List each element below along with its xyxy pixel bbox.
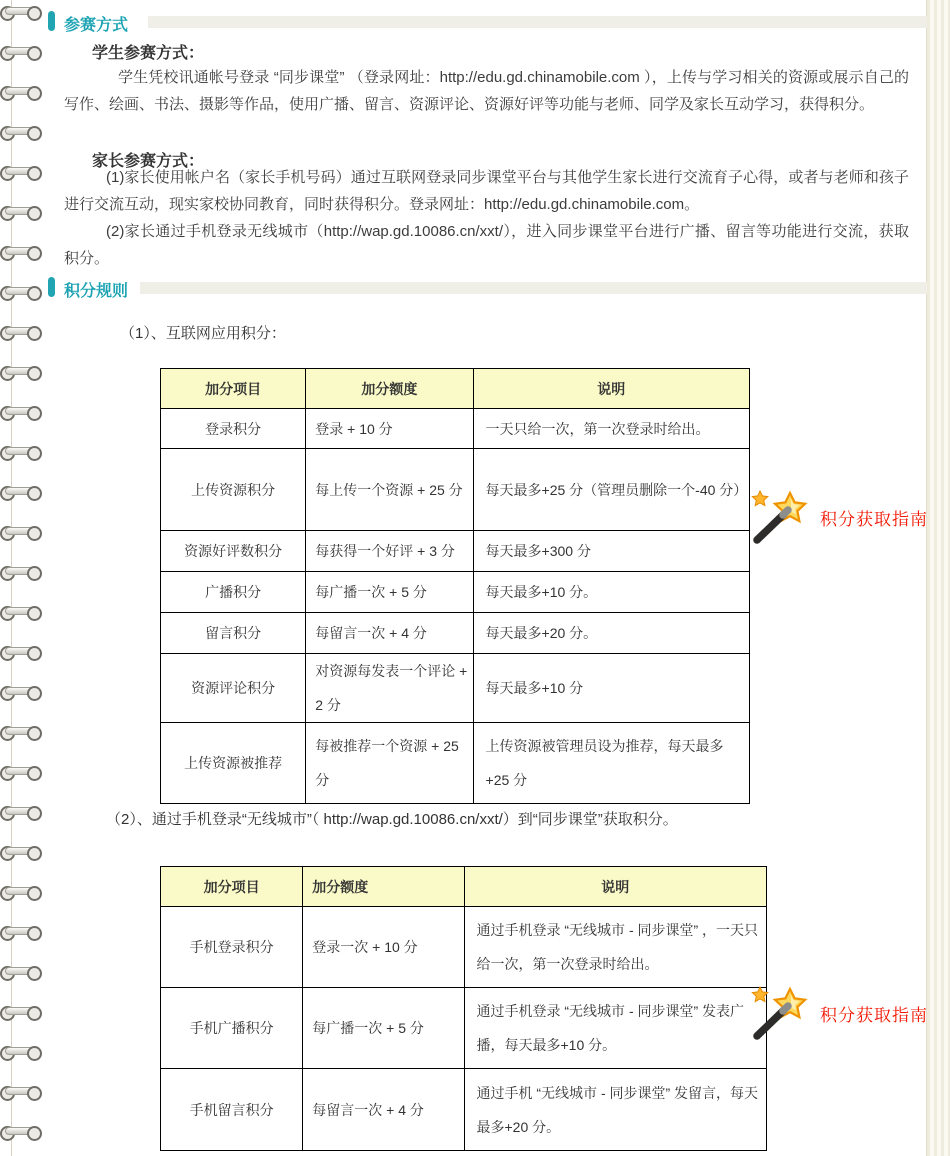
points-table-mobile: 加分项目 加分额度 说明 手机登录积分 登录一次 + 10 分 通过手机登录 “… <box>160 866 767 1151</box>
section-accent-bar <box>48 11 55 31</box>
table-cell: 一天只给一次，第一次登录时给出。 <box>473 409 749 449</box>
table-cell: 留言积分 <box>161 613 306 654</box>
binder-ring <box>1 686 41 696</box>
page: 参赛方式 学生参赛方式： 学生凭校讯通帐号登录 “同步课堂” （登录网址：htt… <box>0 0 950 1156</box>
table-row: 上传资源被推荐 每被推荐一个资源 + 25 分 上传资源被管理员设为推荐，每天最… <box>161 723 750 804</box>
binder-ring <box>1 46 41 56</box>
table-cell: 资源评论积分 <box>161 654 306 723</box>
spiral-binding <box>0 0 46 1156</box>
table-cell: 资源好评数积分 <box>161 531 306 572</box>
column-header: 加分项目 <box>161 867 303 907</box>
table-cell: 每被推荐一个资源 + 25 分 <box>306 723 473 804</box>
section-title-points-rules: 积分规则 <box>64 278 128 301</box>
column-header: 说明 <box>473 369 749 409</box>
table-row: 资源评论积分 对资源每发表一个评论 + 2 分 每天最多+10 分 <box>161 654 750 723</box>
table-cell: 每天最多+10 分 <box>473 654 749 723</box>
binder-ring <box>1 886 41 896</box>
binder-ring <box>1 366 41 376</box>
binder-ring <box>1 6 41 16</box>
binder-ring <box>1 646 41 656</box>
binder-ring <box>1 86 41 96</box>
table-cell: 每留言一次 + 4 分 <box>306 613 473 654</box>
binder-ring <box>1 806 41 816</box>
table-row: 留言积分 每留言一次 + 4 分 每天最多+20 分。 <box>161 613 750 654</box>
section-title-participation: 参赛方式 <box>64 12 128 35</box>
table-header-row: 加分项目 加分额度 说明 <box>161 369 750 409</box>
guide-label: 积分获取指南 <box>820 505 928 530</box>
binder-ring <box>1 246 41 256</box>
column-header: 说明 <box>464 867 767 907</box>
subsection-1-title: （1）、互联网应用积分： <box>120 322 286 343</box>
section-header-strip <box>140 282 927 294</box>
table-row: 资源好评数积分 每获得一个好评 + 3 分 每天最多+300 分 <box>161 531 750 572</box>
table-cell: 每天最多+20 分。 <box>473 613 749 654</box>
binder-ring <box>1 446 41 456</box>
table-row: 登录积分 登录 + 10 分 一天只给一次，第一次登录时给出。 <box>161 409 750 449</box>
table-row: 上传资源积分 每上传一个资源 + 25 分 每天最多+25 分（管理员删除一个-… <box>161 449 750 531</box>
table-cell: 每上传一个资源 + 25 分 <box>306 449 473 531</box>
parent-method-item-2: (2)家长通过手机登录无线城市（http://wap.gd.10086.cn/x… <box>64 218 909 272</box>
table-cell: 登录一次 + 10 分 <box>303 907 464 988</box>
magic-wand-icon <box>750 986 808 1040</box>
binder-ring <box>1 766 41 776</box>
table-cell: 每广播一次 + 5 分 <box>303 988 464 1069</box>
binder-ring <box>1 326 41 336</box>
points-table-internet: 加分项目 加分额度 说明 登录积分 登录 + 10 分 一天只给一次，第一次登录… <box>160 368 750 804</box>
binder-ring <box>1 726 41 736</box>
section-accent-bar <box>48 277 55 297</box>
binder-ring <box>1 126 41 136</box>
table-cell: 广播积分 <box>161 572 306 613</box>
table-cell: 手机广播积分 <box>161 988 303 1069</box>
magic-wand-icon <box>750 490 808 544</box>
table-cell: 手机登录积分 <box>161 907 303 988</box>
subsection-2-title: （2）、通过手机登录“无线城市”（ http://wap.gd.10086.cn… <box>106 808 866 829</box>
binder-ring <box>1 286 41 296</box>
binder-ring <box>1 606 41 616</box>
table-cell: 每获得一个好评 + 3 分 <box>306 531 473 572</box>
binder-ring <box>1 1086 41 1096</box>
points-guide-link[interactable]: 积分获取指南 <box>750 490 928 544</box>
table-cell: 上传资源被推荐 <box>161 723 306 804</box>
table-cell: 每广播一次 + 5 分 <box>306 572 473 613</box>
table-row: 手机广播积分 每广播一次 + 5 分 通过手机登录 “无线城市 - 同步课堂” … <box>161 988 767 1069</box>
binder-ring <box>1 486 41 496</box>
parent-method-item-1: (1)家长使用帐户名（家长手机号码）通过互联网登录同步课堂平台与其他学生家长进行… <box>64 164 909 218</box>
binder-ring <box>1 406 41 416</box>
binder-ring <box>1 1126 41 1136</box>
table-cell: 登录积分 <box>161 409 306 449</box>
points-guide-link[interactable]: 积分获取指南 <box>750 986 928 1040</box>
column-header: 加分额度 <box>306 369 473 409</box>
binder-ring <box>1 166 41 176</box>
table-cell: 通过手机登录 “无线城市 - 同步课堂” ，一天只给一次，第一次登录时给出。 <box>464 907 767 988</box>
binder-ring <box>1 926 41 936</box>
column-header: 加分额度 <box>303 867 464 907</box>
table-cell: 手机留言积分 <box>161 1069 303 1151</box>
page-right-paper-edge <box>926 0 950 1156</box>
table-cell: 对资源每发表一个评论 + 2 分 <box>306 654 473 723</box>
table-cell: 登录 + 10 分 <box>306 409 473 449</box>
column-header: 加分项目 <box>161 369 306 409</box>
section-header-strip <box>148 16 927 28</box>
table-cell: 每天最多+10 分。 <box>473 572 749 613</box>
table-row: 广播积分 每广播一次 + 5 分 每天最多+10 分。 <box>161 572 750 613</box>
binder-ring <box>1 846 41 856</box>
binder-ring <box>1 566 41 576</box>
table-cell: 每天最多+25 分（管理员删除一个-40 分） <box>473 449 749 531</box>
table-cell: 上传资源被管理员设为推荐，每天最多+25 分 <box>473 723 749 804</box>
student-method-heading: 学生参赛方式： <box>92 40 204 63</box>
binder-ring <box>1 206 41 216</box>
table-cell: 上传资源积分 <box>161 449 306 531</box>
binder-ring <box>1 966 41 976</box>
table-row: 手机留言积分 每留言一次 + 4 分 通过手机 “无线城市 - 同步课堂” 发留… <box>161 1069 767 1151</box>
table-cell: 通过手机 “无线城市 - 同步课堂” 发留言，每天最多+20 分。 <box>464 1069 767 1151</box>
table-cell: 通过手机登录 “无线城市 - 同步课堂” 发表广播，每天最多+10 分。 <box>464 988 767 1069</box>
table-cell: 每留言一次 + 4 分 <box>303 1069 464 1151</box>
table-cell: 每天最多+300 分 <box>473 531 749 572</box>
guide-label: 积分获取指南 <box>820 1001 928 1026</box>
binder-ring <box>1 526 41 536</box>
table-row: 手机登录积分 登录一次 + 10 分 通过手机登录 “无线城市 - 同步课堂” … <box>161 907 767 988</box>
student-method-text: 学生凭校讯通帐号登录 “同步课堂” （登录网址：http://edu.gd.ch… <box>64 64 909 118</box>
binder-ring <box>1 1006 41 1016</box>
table-header-row: 加分项目 加分额度 说明 <box>161 867 767 907</box>
binder-ring <box>1 1046 41 1056</box>
